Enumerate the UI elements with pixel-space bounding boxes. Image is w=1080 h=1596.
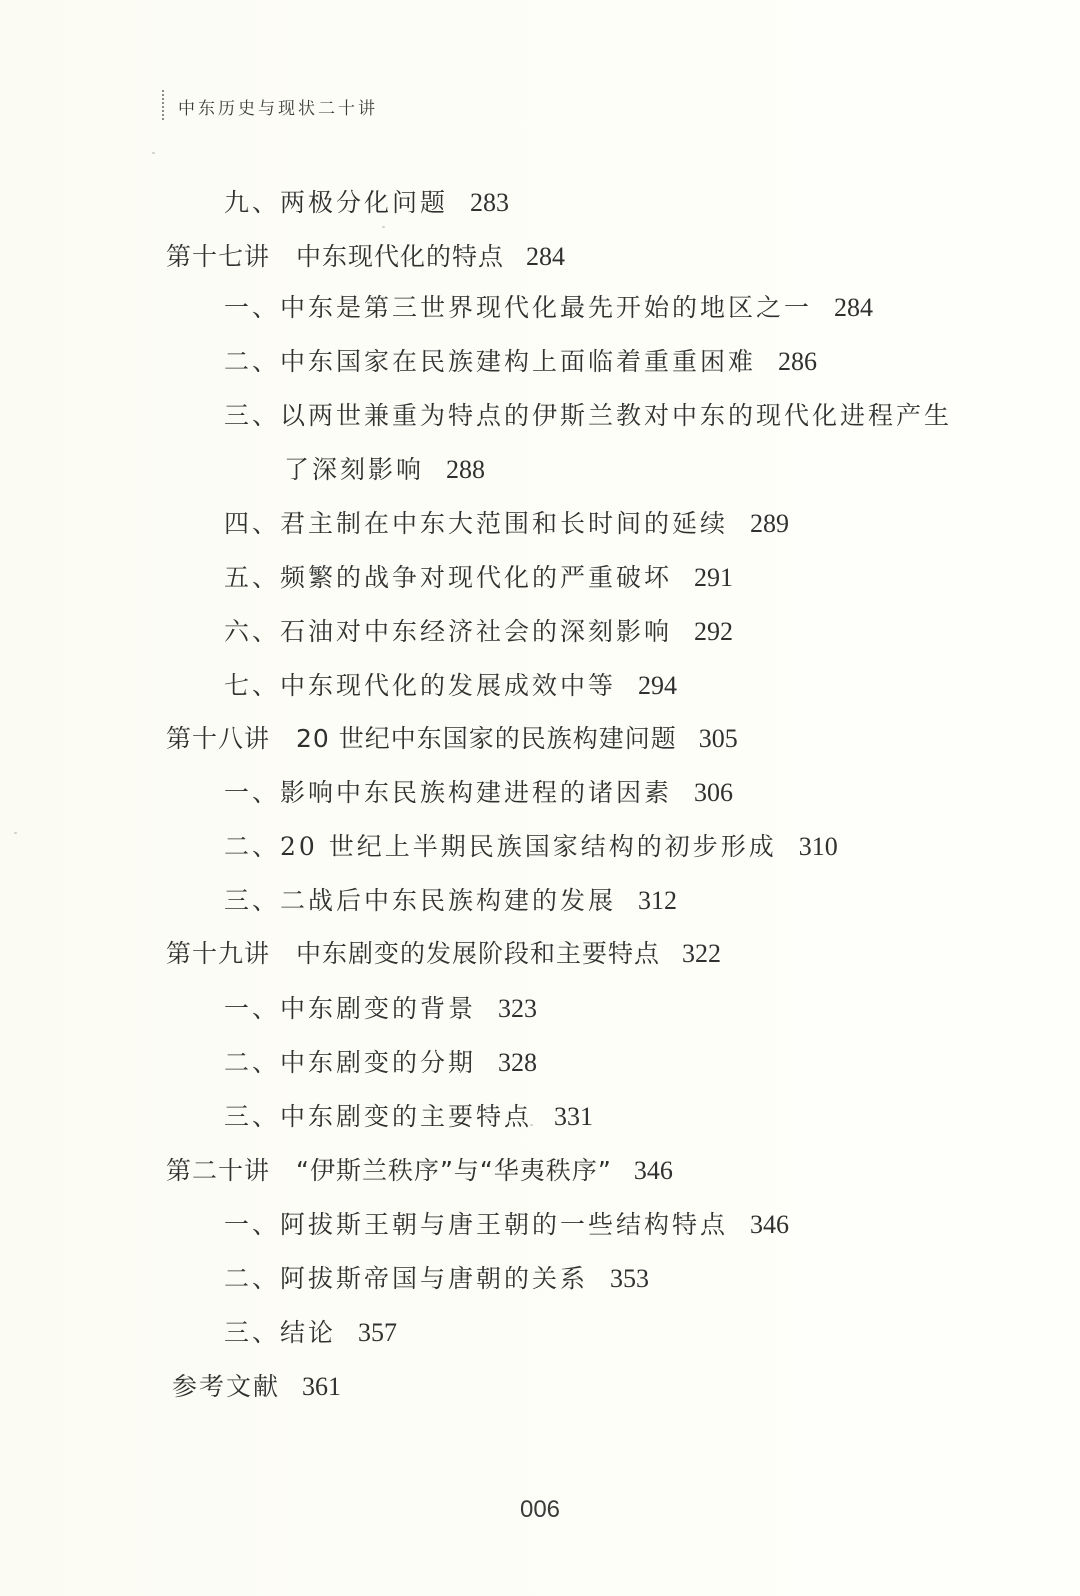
toc-lecture-entry: 第十九讲中东剧变的发展阶段和主要特点322 xyxy=(166,937,721,971)
entry-title: 二、中东国家在民族建构上面临着重重困难 xyxy=(224,347,756,376)
toc-section-entry: 一、影响中东民族构建进程的诸因素306 xyxy=(224,776,733,810)
toc-section-entry: 二、阿拔斯帝国与唐朝的关系353 xyxy=(224,1262,649,1296)
entry-title: 中东现代化的特点 xyxy=(296,242,504,271)
entry-page-number: 331 xyxy=(554,1102,593,1131)
lecture-number: 第十九讲 xyxy=(166,939,270,968)
entry-page-number: 328 xyxy=(498,1048,537,1077)
entry-title: 三、中东剧变的主要特点 xyxy=(224,1102,532,1131)
paper-speck xyxy=(530,1124,533,1126)
entry-page-number: 283 xyxy=(470,188,509,217)
entry-page-number: 322 xyxy=(682,939,721,968)
entry-page-number: 323 xyxy=(498,994,537,1023)
toc-section-entry: 三、结论357 xyxy=(224,1316,397,1350)
toc-section-entry: 三、以两世兼重为特点的伊斯兰教对中东的现代化进程产生 xyxy=(224,399,952,433)
entry-page-number: 357 xyxy=(358,1318,397,1347)
lecture-number: 第十八讲 xyxy=(166,724,270,753)
entry-page-number: 353 xyxy=(610,1264,649,1293)
entry-title: 四、君主制在中东大范围和长时间的延续 xyxy=(224,509,728,538)
entry-page-number: 288 xyxy=(446,455,485,484)
entry-title: 20 世纪中东国家的民族构建问题 xyxy=(296,724,677,753)
entry-title: 九、两极分化问题 xyxy=(224,188,448,217)
entry-page-number: 346 xyxy=(750,1210,789,1239)
toc-section-entry: 七、中东现代化的发展成效中等294 xyxy=(224,669,677,703)
toc-section-entry: 四、君主制在中东大范围和长时间的延续289 xyxy=(224,507,789,541)
toc-lecture-entry: 第二十讲“伊斯兰秩序”与“华夷秩序”346 xyxy=(166,1154,673,1188)
entry-title: 二、中东剧变的分期 xyxy=(224,1048,476,1077)
toc-section-entry: 二、中东国家在民族建构上面临着重重困难286 xyxy=(224,345,817,379)
toc-section-entry: 一、中东剧变的背景323 xyxy=(224,992,537,1026)
toc-section-entry: 了深刻影响288 xyxy=(284,453,485,487)
header-divider xyxy=(162,90,164,122)
entry-page-number: 284 xyxy=(526,242,565,271)
entry-title: 七、中东现代化的发展成效中等 xyxy=(224,671,616,700)
toc-section-entry: 三、中东剧变的主要特点331 xyxy=(224,1100,593,1134)
paper-speck xyxy=(382,226,385,228)
entry-page-number: 289 xyxy=(750,509,789,538)
book-title: 中东历史与现状二十讲 xyxy=(178,94,378,119)
entry-page-number: 291 xyxy=(694,563,733,592)
entry-page-number: 306 xyxy=(694,778,733,807)
toc-section-entry: 六、石油对中东经济社会的深刻影响292 xyxy=(224,615,733,649)
entry-title: 中东剧变的发展阶段和主要特点 xyxy=(296,939,660,968)
toc-section-entry: 三、二战后中东民族构建的发展312 xyxy=(224,884,677,918)
entry-title: “伊斯兰秩序”与“华夷秩序” xyxy=(296,1156,612,1185)
entry-title: 五、频繁的战争对现代化的严重破坏 xyxy=(224,563,672,592)
toc-section-entry: 二、中东剧变的分期328 xyxy=(224,1046,537,1080)
entry-page-number: 292 xyxy=(694,617,733,646)
toc-section-entry: 二、20 世纪上半期民族国家结构的初步形成310 xyxy=(224,830,838,864)
toc-section-entry: 九、两极分化问题283 xyxy=(224,186,509,220)
entry-title: 三、二战后中东民族构建的发展 xyxy=(224,886,616,915)
entry-title: 一、阿拔斯王朝与唐王朝的一些结构特点 xyxy=(224,1210,728,1239)
toc-lecture-entry: 第十八讲20 世纪中东国家的民族构建问题305 xyxy=(166,722,738,756)
entry-page-number: 312 xyxy=(638,886,677,915)
toc-section-entry: 一、阿拔斯王朝与唐王朝的一些结构特点346 xyxy=(224,1208,789,1242)
entry-page-number: 310 xyxy=(799,832,838,861)
paper-speck xyxy=(14,832,17,834)
entry-title: 了深刻影响 xyxy=(284,455,424,484)
lecture-number: 第二十讲 xyxy=(166,1156,270,1185)
entry-page-number: 286 xyxy=(778,347,817,376)
entry-title: 二、阿拔斯帝国与唐朝的关系 xyxy=(224,1264,588,1293)
book-page: 中东历史与现状二十讲 九、两极分化问题283第十七讲中东现代化的特点284一、中… xyxy=(0,0,1080,1596)
entry-title: 一、中东剧变的背景 xyxy=(224,994,476,1023)
lecture-number: 第十七讲 xyxy=(166,242,270,271)
entry-page-number: 305 xyxy=(699,724,738,753)
toc-section-entry: 一、中东是第三世界现代化最先开始的地区之一284 xyxy=(224,291,873,325)
entry-title: 一、中东是第三世界现代化最先开始的地区之一 xyxy=(224,293,812,322)
entry-title: 六、石油对中东经济社会的深刻影响 xyxy=(224,617,672,646)
entry-title: 三、以两世兼重为特点的伊斯兰教对中东的现代化进程产生 xyxy=(224,401,952,430)
toc-lecture-entry: 第十七讲中东现代化的特点284 xyxy=(166,240,565,274)
entry-page-number: 361 xyxy=(302,1372,341,1401)
entry-page-number: 284 xyxy=(834,293,873,322)
entry-title: 一、影响中东民族构建进程的诸因素 xyxy=(224,778,672,807)
running-header: 中东历史与现状二十讲 xyxy=(162,90,378,122)
entry-page-number: 294 xyxy=(638,671,677,700)
toc-section-entry: 五、频繁的战争对现代化的严重破坏291 xyxy=(224,561,733,595)
entry-page-number: 346 xyxy=(634,1156,673,1185)
paper-speck xyxy=(152,152,155,154)
entry-title: 三、结论 xyxy=(224,1318,336,1347)
page-number: 006 xyxy=(0,1496,1080,1524)
entry-title: 二、20 世纪上半期民族国家结构的初步形成 xyxy=(224,832,777,861)
entry-title: 参考文献 xyxy=(172,1372,280,1401)
toc-bibliography-entry: 参考文献361 xyxy=(172,1370,341,1404)
